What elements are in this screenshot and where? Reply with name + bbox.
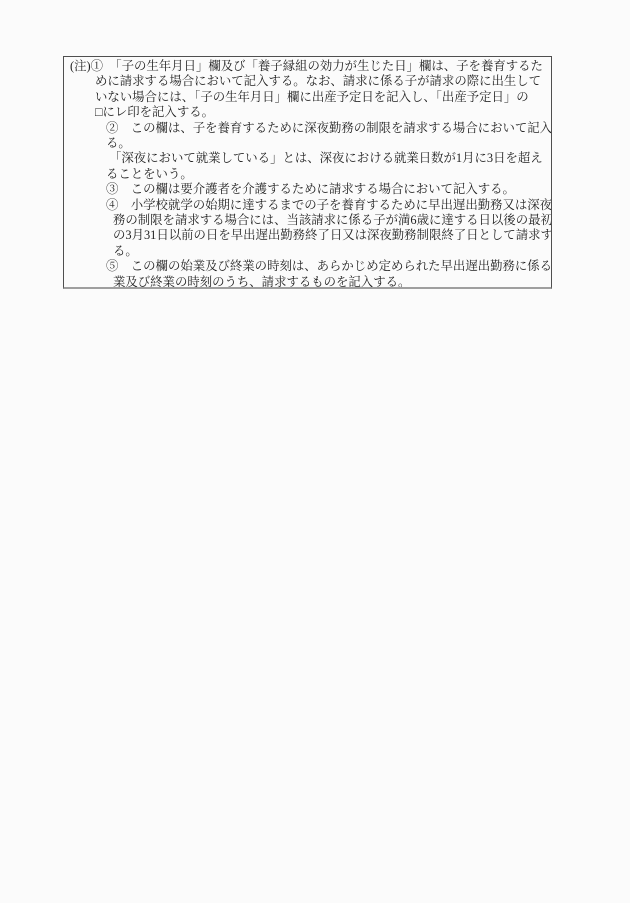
note-line-14: ⑤ この欄の始業及び終業の時刻は、あらかじめ定められた早出遅出勤務に係る始: [64, 259, 551, 274]
note-line-8: ることをいう。: [64, 167, 551, 182]
note-line-4: □にレ印を記入する。: [64, 105, 551, 120]
note-line-5: ② この欄は、子を養育するために深夜勤務の制限を請求する場合において記入す: [64, 121, 551, 136]
note-line-1: (注)① 「子の生年月日」欄及び「養子縁組の効力が生じた日」欄は、子を養育するた: [64, 59, 551, 74]
notes-box: (注)① 「子の生年月日」欄及び「養子縁組の効力が生じた日」欄は、子を養育するた…: [63, 56, 552, 289]
note-line-7: 「深夜において就業している」とは、深夜における就業日数が1月に3日を超え: [64, 151, 551, 166]
note-line-3: いない場合には、「子の生年月日」欄に出産予定日を記入し、「出産予定日」の: [64, 90, 551, 105]
note-line-13: る。: [64, 244, 551, 259]
document-page: (注)① 「子の生年月日」欄及び「養子縁組の効力が生じた日」欄は、子を養育するた…: [0, 0, 630, 903]
note-line-12: の3月31日以前の日を早出遅出勤務終了日又は深夜勤務制限終了日として請求す: [64, 228, 551, 243]
note-line-10: ④ 小学校就学の始期に達するまでの子を養育するために早出遅出勤務又は深夜勤: [64, 198, 551, 213]
note-line-15: 業及び終業の時刻のうち、請求するものを記入する。: [64, 275, 551, 289]
note-line-9: ③ この欄は要介護者を介護するために請求する場合において記入する。: [64, 182, 551, 197]
note-line-2: めに請求する場合において記入する。なお、請求に係る子が請求の際に出生して: [64, 74, 551, 89]
note-line-6: る。: [64, 136, 551, 151]
note-line-11: 務の制限を請求する場合には、当該請求に係る子が満6歳に達する日以後の最初: [64, 213, 551, 228]
